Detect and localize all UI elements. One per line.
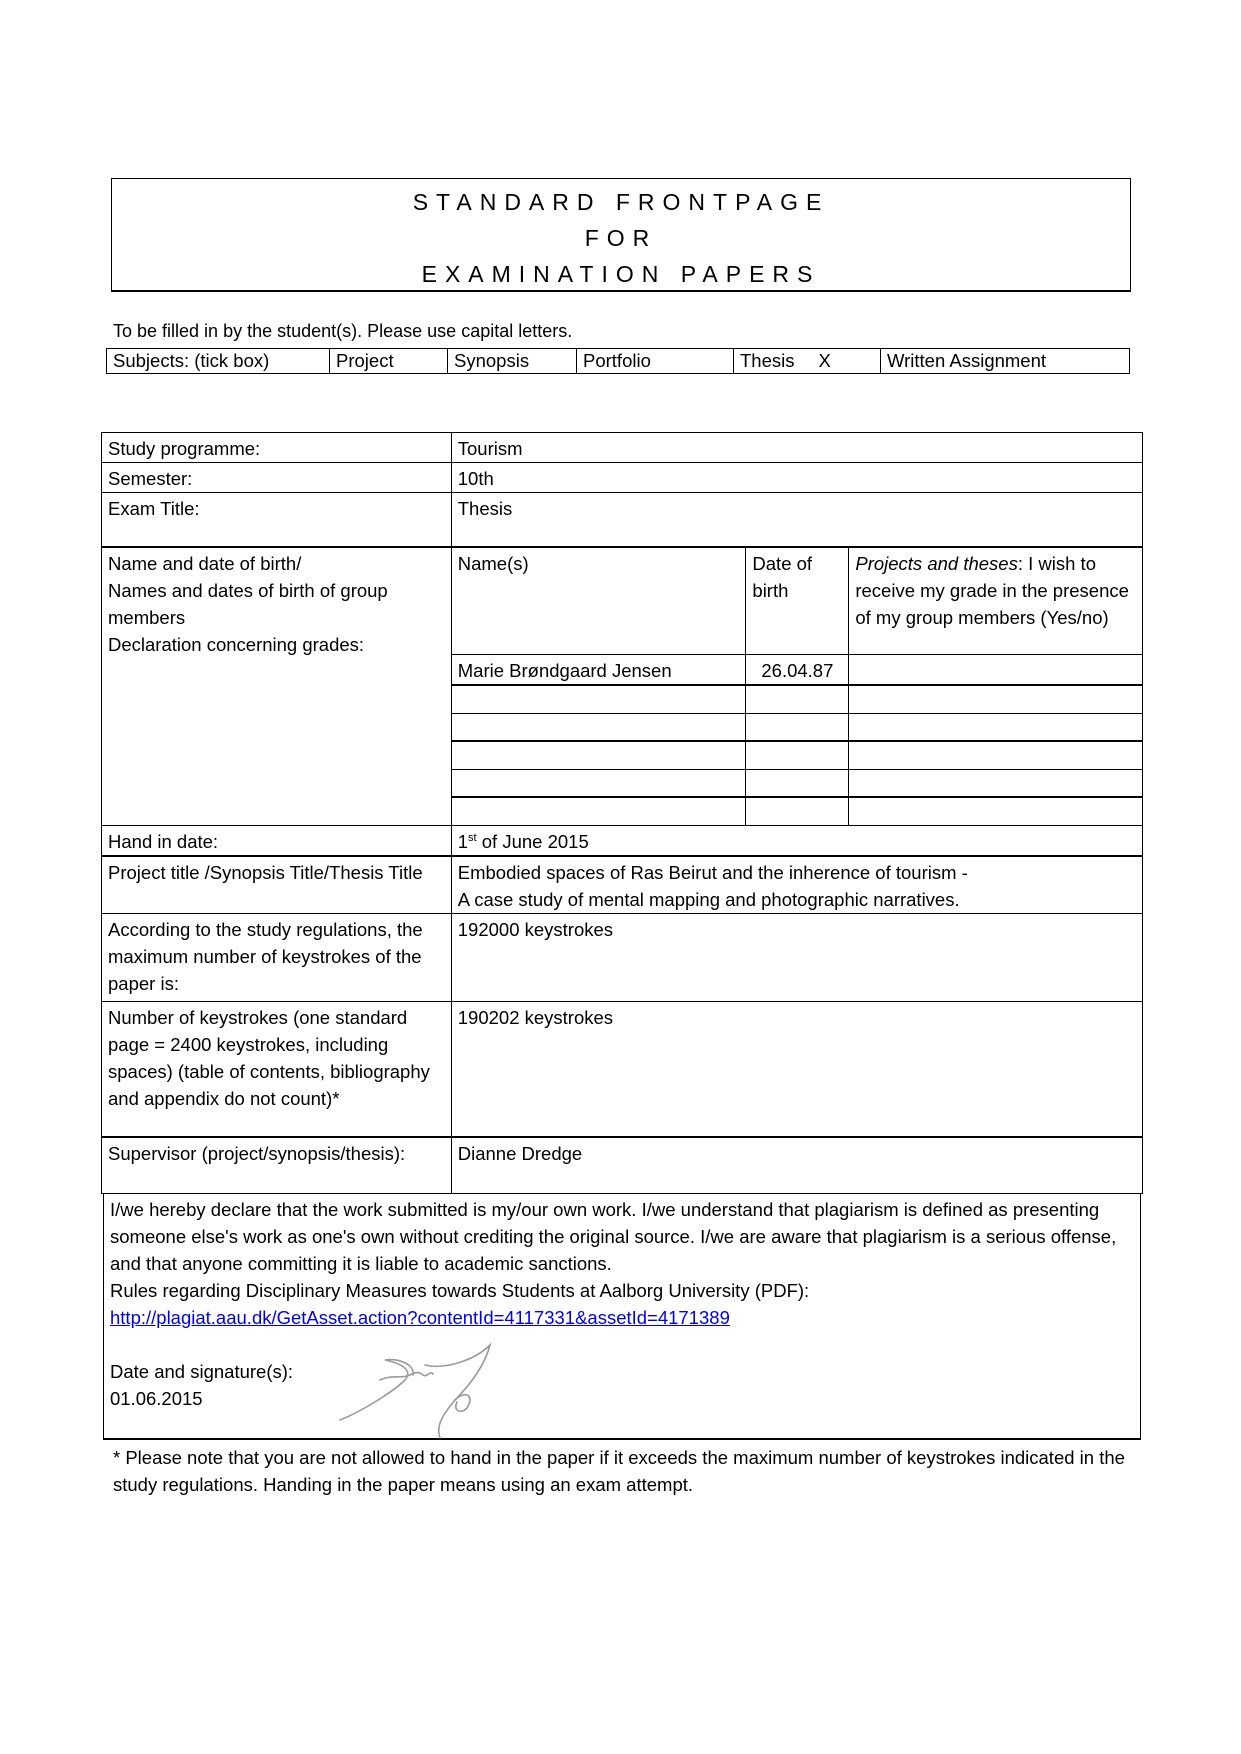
- subject-portfolio[interactable]: Portfolio: [577, 349, 734, 374]
- rules-text: Rules regarding Disciplinary Measures to…: [110, 1277, 1134, 1304]
- study-programme-label: Study programme:: [102, 433, 452, 463]
- keystrokes-value[interactable]: 190202 keystrokes: [451, 1001, 1142, 1137]
- title-line-1: STANDARD FRONTPAGE: [112, 184, 1130, 220]
- subjects-label: Subjects: (tick box): [107, 349, 330, 374]
- title-box: STANDARD FRONTPAGE FOR EXAMINATION PAPER…: [111, 178, 1131, 292]
- col-grade-header: Projects and theses: I wish to receive m…: [849, 547, 1143, 655]
- project-title-line-1: Embodied spaces of Ras Beirut and the in…: [458, 859, 1136, 886]
- exam-title-label: Exam Title:: [102, 493, 452, 547]
- subject-synopsis-label: Synopsis: [454, 350, 529, 371]
- member-grade-4[interactable]: [849, 741, 1143, 769]
- subject-thesis[interactable]: ThesisX: [734, 349, 881, 374]
- declaration-box: I/we hereby declare that the work submit…: [103, 1194, 1141, 1440]
- subject-written-assignment[interactable]: Written Assignment: [881, 349, 1130, 374]
- member-grade-3[interactable]: [849, 713, 1143, 741]
- signature-label: Date and signature(s):: [110, 1358, 1134, 1385]
- members-label-line-3: Declaration concerning grades:: [108, 631, 445, 658]
- signature-icon: [335, 1340, 525, 1440]
- subject-thesis-mark: X: [819, 350, 831, 371]
- max-keystrokes-label: According to the study regulations, the …: [102, 913, 452, 1001]
- exam-title-value[interactable]: Thesis: [451, 493, 1142, 547]
- member-dob-5[interactable]: [746, 769, 849, 797]
- members-label: Name and date of birth/ Names and dates …: [102, 547, 452, 826]
- members-label-line-1: Name and date of birth/: [108, 550, 445, 577]
- subject-written-assignment-label: Written Assignment: [887, 350, 1046, 371]
- member-name-6[interactable]: [451, 797, 746, 825]
- keystrokes-label: Number of keystrokes (one standard page …: [102, 1001, 452, 1137]
- member-name-4[interactable]: [451, 741, 746, 769]
- hand-in-day: 1: [458, 831, 468, 852]
- members-label-line-2: Names and dates of birth of group member…: [108, 577, 445, 631]
- signature-date: 01.06.2015: [110, 1385, 1134, 1412]
- study-programme-value[interactable]: Tourism: [451, 433, 1142, 463]
- member-name-3[interactable]: [451, 713, 746, 741]
- max-keystrokes-value[interactable]: 192000 keystrokes: [451, 913, 1142, 1001]
- supervisor-value[interactable]: Dianne Dredge: [451, 1137, 1142, 1193]
- semester-label: Semester:: [102, 463, 452, 493]
- rules-link[interactable]: http://plagiat.aau.dk/GetAsset.action?co…: [110, 1307, 730, 1328]
- hand-in-date-value[interactable]: 1st of June 2015: [451, 825, 1142, 856]
- col-names-header: Name(s): [451, 547, 746, 655]
- hand-in-day-suffix: st: [468, 831, 477, 843]
- semester-value[interactable]: 10th: [451, 463, 1142, 493]
- member-dob-3[interactable]: [746, 713, 849, 741]
- member-name-5[interactable]: [451, 769, 746, 797]
- subjects-table: Subjects: (tick box) Project Synopsis Po…: [106, 348, 1130, 374]
- subject-portfolio-label: Portfolio: [583, 350, 651, 371]
- footnote: * Please note that you are not allowed t…: [113, 1444, 1133, 1498]
- subject-thesis-label: Thesis: [740, 350, 795, 371]
- member-dob-2[interactable]: [746, 685, 849, 713]
- col-dob-header: Date of birth: [746, 547, 849, 655]
- member-grade-1[interactable]: [849, 655, 1143, 686]
- col-grade-header-italic: Projects and theses: [855, 553, 1017, 574]
- instruction-text: To be filled in by the student(s). Pleas…: [113, 321, 572, 342]
- member-dob-6[interactable]: [746, 797, 849, 825]
- subject-synopsis[interactable]: Synopsis: [448, 349, 577, 374]
- hand-in-date-label: Hand in date:: [102, 825, 452, 856]
- member-name-1[interactable]: Marie Brøndgaard Jensen: [451, 655, 746, 686]
- declaration-text: I/we hereby declare that the work submit…: [110, 1196, 1134, 1277]
- member-grade-2[interactable]: [849, 685, 1143, 713]
- member-grade-5[interactable]: [849, 769, 1143, 797]
- subject-project[interactable]: Project: [330, 349, 448, 374]
- supervisor-label: Supervisor (project/synopsis/thesis):: [102, 1137, 452, 1193]
- main-form-table: Study programme: Tourism Semester: 10th …: [101, 432, 1143, 1194]
- project-title-value[interactable]: Embodied spaces of Ras Beirut and the in…: [451, 856, 1142, 914]
- project-title-line-2: A case study of mental mapping and photo…: [458, 886, 1136, 913]
- member-dob-4[interactable]: [746, 741, 849, 769]
- title-line-3: EXAMINATION PAPERS: [112, 256, 1130, 292]
- hand-in-date-rest: of June 2015: [477, 831, 589, 852]
- subject-project-label: Project: [336, 350, 394, 371]
- member-name-2[interactable]: [451, 685, 746, 713]
- project-title-label: Project title /Synopsis Title/Thesis Tit…: [102, 856, 452, 914]
- member-grade-6[interactable]: [849, 797, 1143, 825]
- member-dob-1[interactable]: 26.04.87: [746, 655, 849, 686]
- title-line-2: FOR: [112, 220, 1130, 256]
